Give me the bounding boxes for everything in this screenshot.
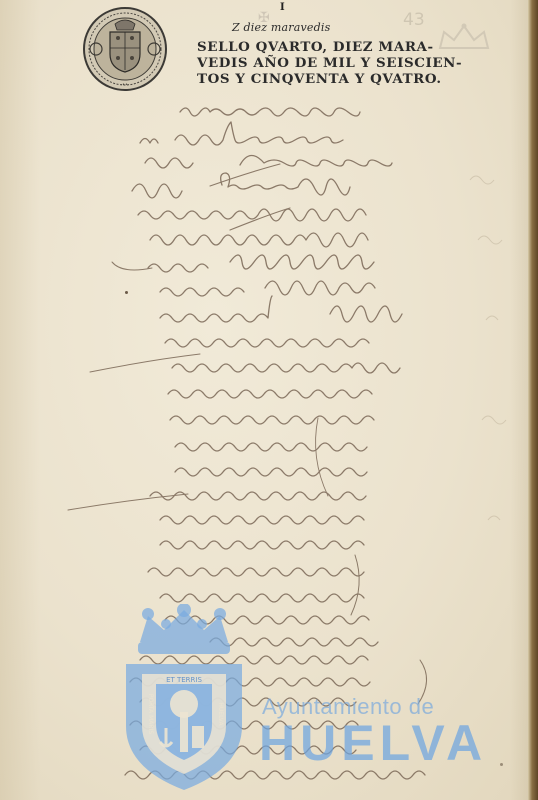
handwritten-text [0, 0, 538, 800]
ink-dot [125, 291, 128, 294]
ink-dot [500, 763, 503, 766]
document-page: ·••· ✠ I 43 Z diez maravedis SELLO QVART… [0, 0, 538, 800]
